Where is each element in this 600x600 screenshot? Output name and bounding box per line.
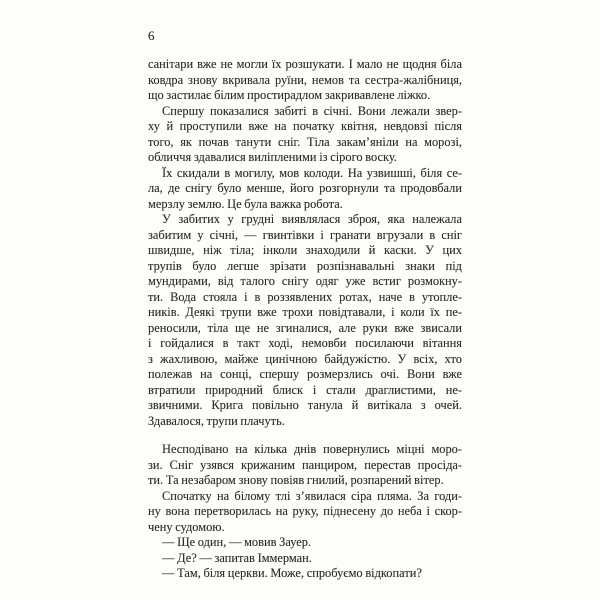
text-line: ну вона перетворилась на руку, піднесену… [148, 504, 462, 520]
text-line: Несподівано на кілька днів повернулись м… [148, 442, 462, 458]
text-line: ковдра знову вкривала руїни, немов та се… [148, 73, 462, 89]
text-line: обличчя здавалися виліпленими із сірого … [148, 150, 462, 166]
text-line: мундирами, від талого снігу одяг уже вст… [148, 274, 462, 290]
text-line: полежав на сонці, спершу розмерзлись очі… [148, 367, 462, 383]
text-line: чену судомою. [148, 520, 462, 536]
text-line: Спершу показалися забиті в січні. Вони л… [148, 104, 462, 120]
paragraph: Спершу показалися забиті в січні. Вони л… [148, 104, 462, 166]
text-line: Їх скидали в могилу, мов колоди. На узви… [148, 166, 462, 182]
paragraph: У забитих у грудні виявлялася зброя, яка… [148, 212, 462, 429]
text-line: Здавалося, трупи плачуть. [148, 414, 462, 430]
text-line: — Де? — запитав Іммерман. [148, 551, 462, 567]
text-line: Спочатку на білому тлі з’явилася сіра пл… [148, 489, 462, 505]
text-line: мерзлу землю. Це була важка робота. [148, 197, 462, 213]
text-line: і гойдалися в такт ході, немовби посилаю… [148, 336, 462, 352]
page-number: 6 [148, 28, 155, 43]
book-page: 6 санітари вже не могли їх розшукати. І … [0, 0, 600, 600]
text-line: втратили природний блиск і стали драглис… [148, 383, 462, 399]
paragraph: Їх скидали в могилу, мов колоди. На узви… [148, 166, 462, 213]
paragraph: — Ще один, — мовив Зауер. [148, 535, 462, 551]
text-line: У забитих у грудні виявлялася зброя, яка… [148, 212, 462, 228]
paragraph: Несподівано на кілька днів повернулись м… [148, 442, 462, 489]
text-line: санітари вже не могли їх розшукати. І ма… [148, 57, 462, 73]
text-line: звичними. Крига повільно танула й витіка… [148, 398, 462, 414]
paragraph: Спочатку на білому тлі з’явилася сіра пл… [148, 489, 462, 536]
text-line: — Там, біля церкви. Може, спробуємо відк… [148, 566, 462, 582]
text-line: швидше, ніж тіла; інколи знаходили й кас… [148, 243, 462, 259]
text-line: ла, де снігу було менше, його розгорнули… [148, 181, 462, 197]
text-line: зи. Сніг узявся крижаним панциром, перес… [148, 458, 462, 474]
text-line: з жахливою, майже цинічною байдужістю. У… [148, 352, 462, 368]
paragraph: санітари вже не могли їх розшукати. І ма… [148, 57, 462, 104]
text-line: трупів було легше зрізати розпізнавальні… [148, 259, 462, 275]
paragraph: — Де? — запитав Іммерман. [148, 551, 462, 567]
text-line: ху й проступили вже на початку квітня, н… [148, 119, 462, 135]
text-line: що застилає білим простирадлом закривавл… [148, 88, 462, 104]
text-line: ників. Деякі трупи вже трохи повідтавали… [148, 305, 462, 321]
text-line: ти. Вода стояла і в роззявлених ротах, н… [148, 290, 462, 306]
text-line: того, як почав танути сніг. Тіла закам’я… [148, 135, 462, 151]
text-line: реносили, тіла ще не згиналися, але руки… [148, 321, 462, 337]
text-line: забитим у січні, — гвинтівки і гранати в… [148, 228, 462, 244]
paragraph: — Там, біля церкви. Може, спробуємо відк… [148, 566, 462, 582]
text-line: ти. Та незабаром знову повіяв гнилий, ро… [148, 473, 462, 489]
text-line: — Ще один, — мовив Зауер. [148, 535, 462, 551]
text-block: санітари вже не могли їх розшукати. І ма… [148, 57, 462, 582]
